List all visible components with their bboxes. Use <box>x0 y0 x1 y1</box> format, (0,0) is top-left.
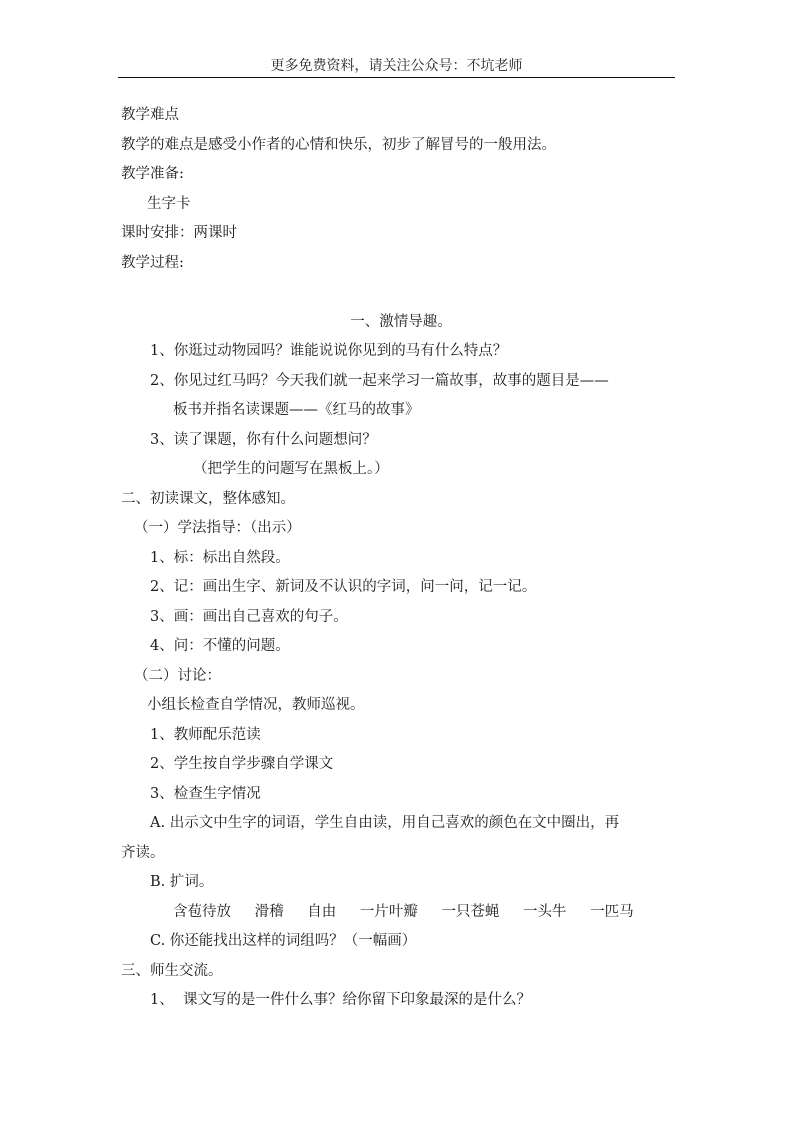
spacer <box>121 278 681 308</box>
section1-item: 1、你逛过动物园吗？谁能说说你见到的马有什么特点？ <box>121 337 681 367</box>
word: 一头牛 <box>523 904 567 920</box>
word: 含苞待放 <box>173 904 231 920</box>
word: 滑稽 <box>255 904 284 920</box>
point-a-line1: A. 出示文中生字的词语，学生自由读，用自己喜欢的颜色在文中圈出，再 <box>121 809 681 839</box>
word-list: 含苞待放 滑稽 自由 一片叶瓣 一只苍蝇 一头牛 一匹马 <box>121 898 681 928</box>
word: 一片叶瓣 <box>360 904 418 920</box>
sub1-item: 3、画：画出自己喜欢的句子。 <box>121 603 681 633</box>
word: 自由 <box>307 904 336 920</box>
section3-title: 三、师生交流。 <box>121 957 681 987</box>
sub2-item: 2、学生按自学步骤自学课文 <box>121 750 681 780</box>
header-divider <box>118 77 675 78</box>
point-c: C. 你还能找出这样的词组吗？（一幅画） <box>121 927 681 957</box>
section2-title: 二、初读课文，整体感知。 <box>121 485 681 515</box>
sub2-item: 1、教师配乐范读 <box>121 721 681 751</box>
sub1-item: 1、标：标出自然段。 <box>121 544 681 574</box>
section1-item: 2、你见过红马吗？今天我们就一起来学习一篇故事，故事的题目是—— <box>121 367 681 397</box>
difficulty-heading: 教学难点 <box>121 101 681 131</box>
schedule: 课时安排：两课时 <box>121 219 681 249</box>
section1-item: 3、读了课题，你有什么问题想问？ <box>121 426 681 456</box>
sub2-intro: 小组长检查自学情况，教师巡视。 <box>121 691 681 721</box>
sub1-item: 4、问：不懂的问题。 <box>121 632 681 662</box>
process-heading: 教学过程: <box>121 249 681 279</box>
section2-sub1-title: （一）学法指导：（出示） <box>121 514 681 544</box>
section1-item: （把学生的问题写在黑板上。） <box>121 455 681 485</box>
section1-title: 一、激情导趣。 <box>121 308 681 338</box>
prep-heading: 教学准备: <box>121 160 681 190</box>
document-body: 教学难点 教学的难点是感受小作者的心情和快乐，初步了解冒号的一般用法。 教学准备… <box>121 101 681 1016</box>
page-header: 更多免费资料，请关注公众号：不坑老师 <box>0 57 793 75</box>
word: 一匹马 <box>590 904 634 920</box>
sub2-item: 3、检查生字情况 <box>121 780 681 810</box>
point-b: B. 扩词。 <box>121 868 681 898</box>
difficulty-text: 教学的难点是感受小作者的心情和快乐，初步了解冒号的一般用法。 <box>121 131 681 161</box>
section1-item: 板书并指名读课题——《红马的故事》 <box>121 396 681 426</box>
point-a-line2: 齐读。 <box>121 839 681 869</box>
section2-sub2-title: （二）讨论： <box>121 662 681 692</box>
section3-item: 1、 课文写的是一件什么事？给你留下印象最深的是什么？ <box>121 986 681 1016</box>
prep-item: 生字卡 <box>121 190 681 220</box>
word: 一只苍蝇 <box>441 904 499 920</box>
sub1-item: 2、记：画出生字、新词及不认识的字词，问一问，记一记。 <box>121 573 681 603</box>
